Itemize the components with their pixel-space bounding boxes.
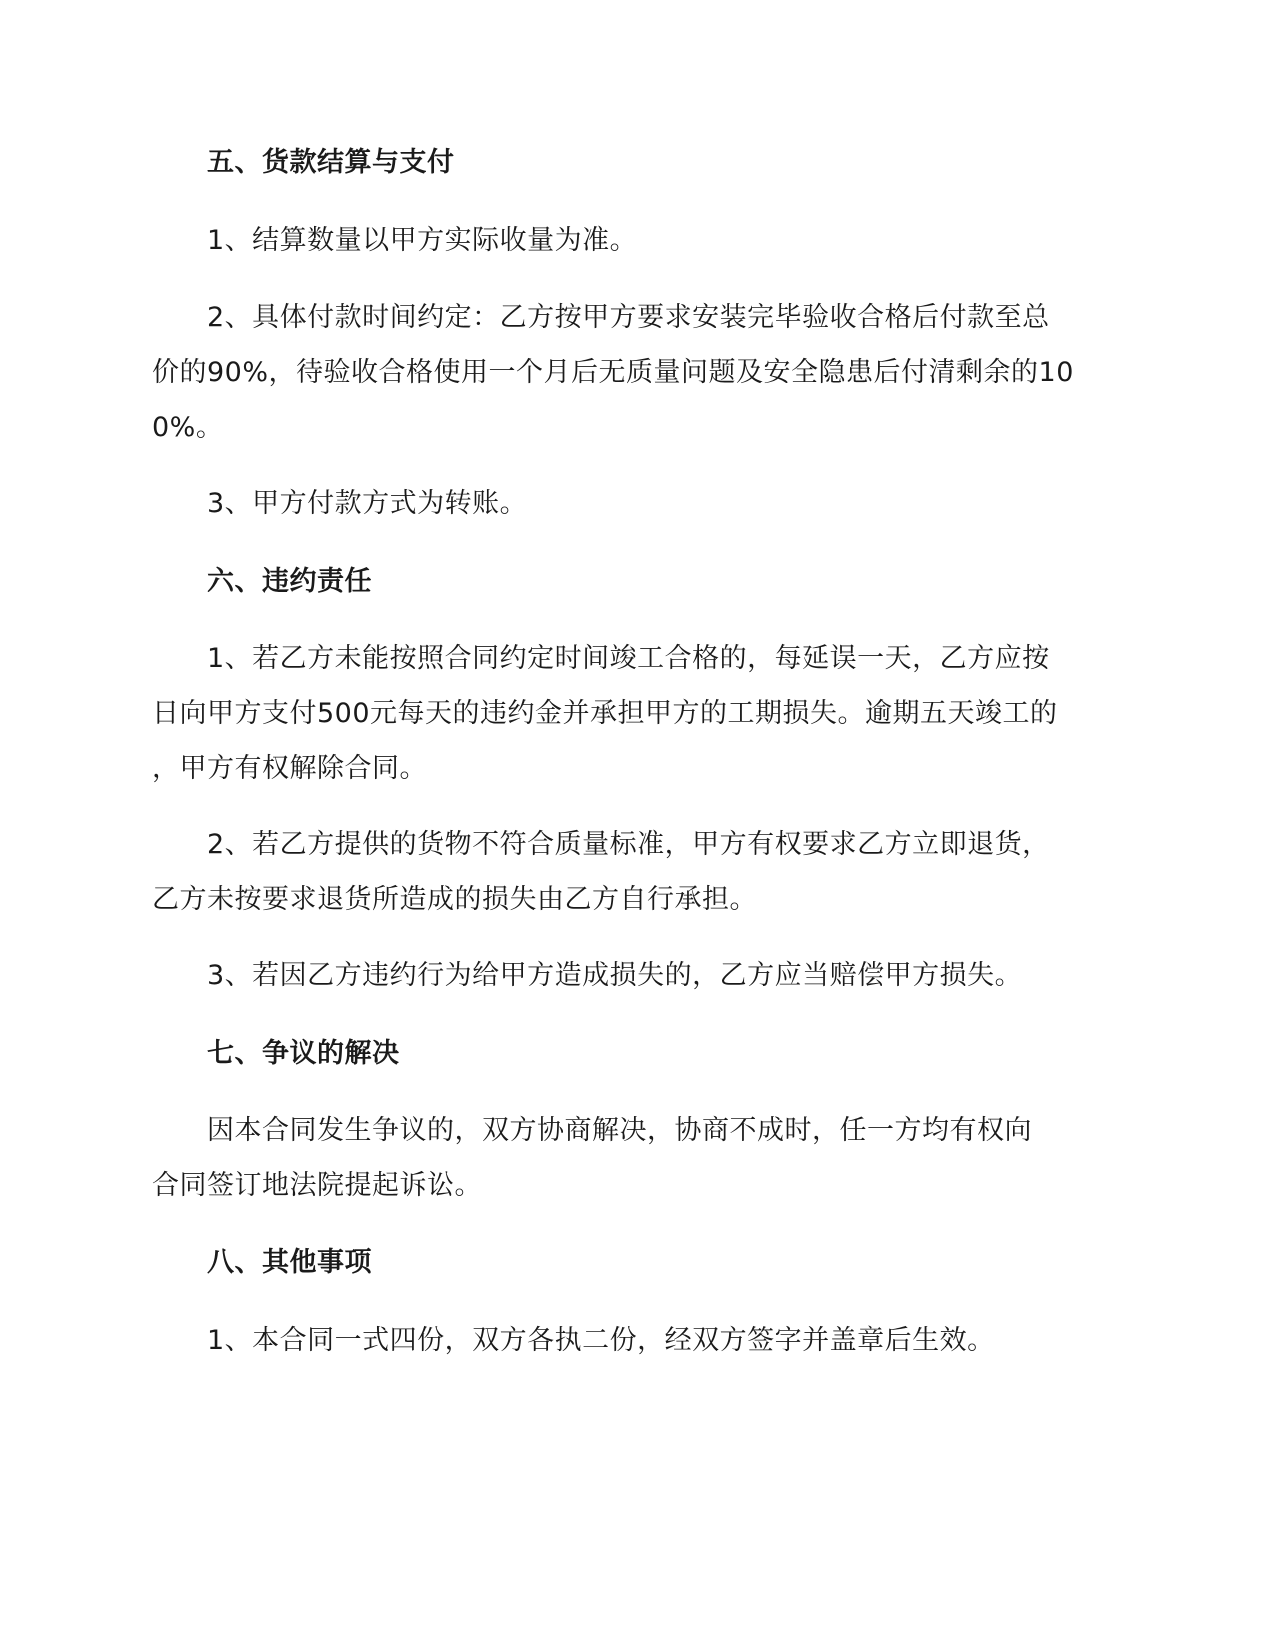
paragraph-line: 2、若乙方提供的货物不符合质量标准，甲方有权要求乙方立即退货， — [207, 828, 1050, 862]
paragraph-line: 3、甲方付款方式为转账。 — [207, 487, 527, 521]
paragraph-line: 1、结算数量以甲方实际收量为准。 — [207, 224, 637, 258]
paragraph-line: 因本合同发生争议的，双方协商解决，协商不成时，任一方均有权向 — [207, 1114, 1032, 1148]
paragraph-line: 日向甲方支付500元每天的违约金并承担甲方的工期损失。逾期五天竣工的 — [152, 697, 1058, 731]
section-heading-6: 六、违约责任 — [207, 565, 372, 599]
paragraph-line: 1、若乙方未能按照合同约定时间竣工合格的，每延误一天，乙方应按 — [207, 642, 1050, 676]
paragraph-line: 0%。 — [152, 411, 223, 445]
paragraph-line: 价的90%，待验收合格使用一个月后无质量问题及安全隐患后付清剩余的10 — [152, 356, 1074, 390]
paragraph-line: 乙方未按要求退货所造成的损失由乙方自行承担。 — [152, 883, 757, 917]
paragraph-line: 3、若因乙方违约行为给甲方造成损失的，乙方应当赔偿甲方损失。 — [207, 959, 1022, 993]
section-heading-7: 七、争议的解决 — [207, 1037, 400, 1071]
paragraph-line: 2、具体付款时间约定：乙方按甲方要求安装完毕验收合格后付款至总 — [207, 301, 1050, 335]
paragraph-line: ，甲方有权解除合同。 — [152, 752, 427, 786]
paragraph-line: 1、本合同一式四份，双方各执二份，经双方签字并盖章后生效。 — [207, 1324, 995, 1358]
paragraph-line: 合同签订地法院提起诉讼。 — [152, 1169, 482, 1203]
section-heading-5: 五、货款结算与支付 — [207, 146, 455, 180]
section-heading-8: 八、其他事项 — [207, 1246, 372, 1280]
